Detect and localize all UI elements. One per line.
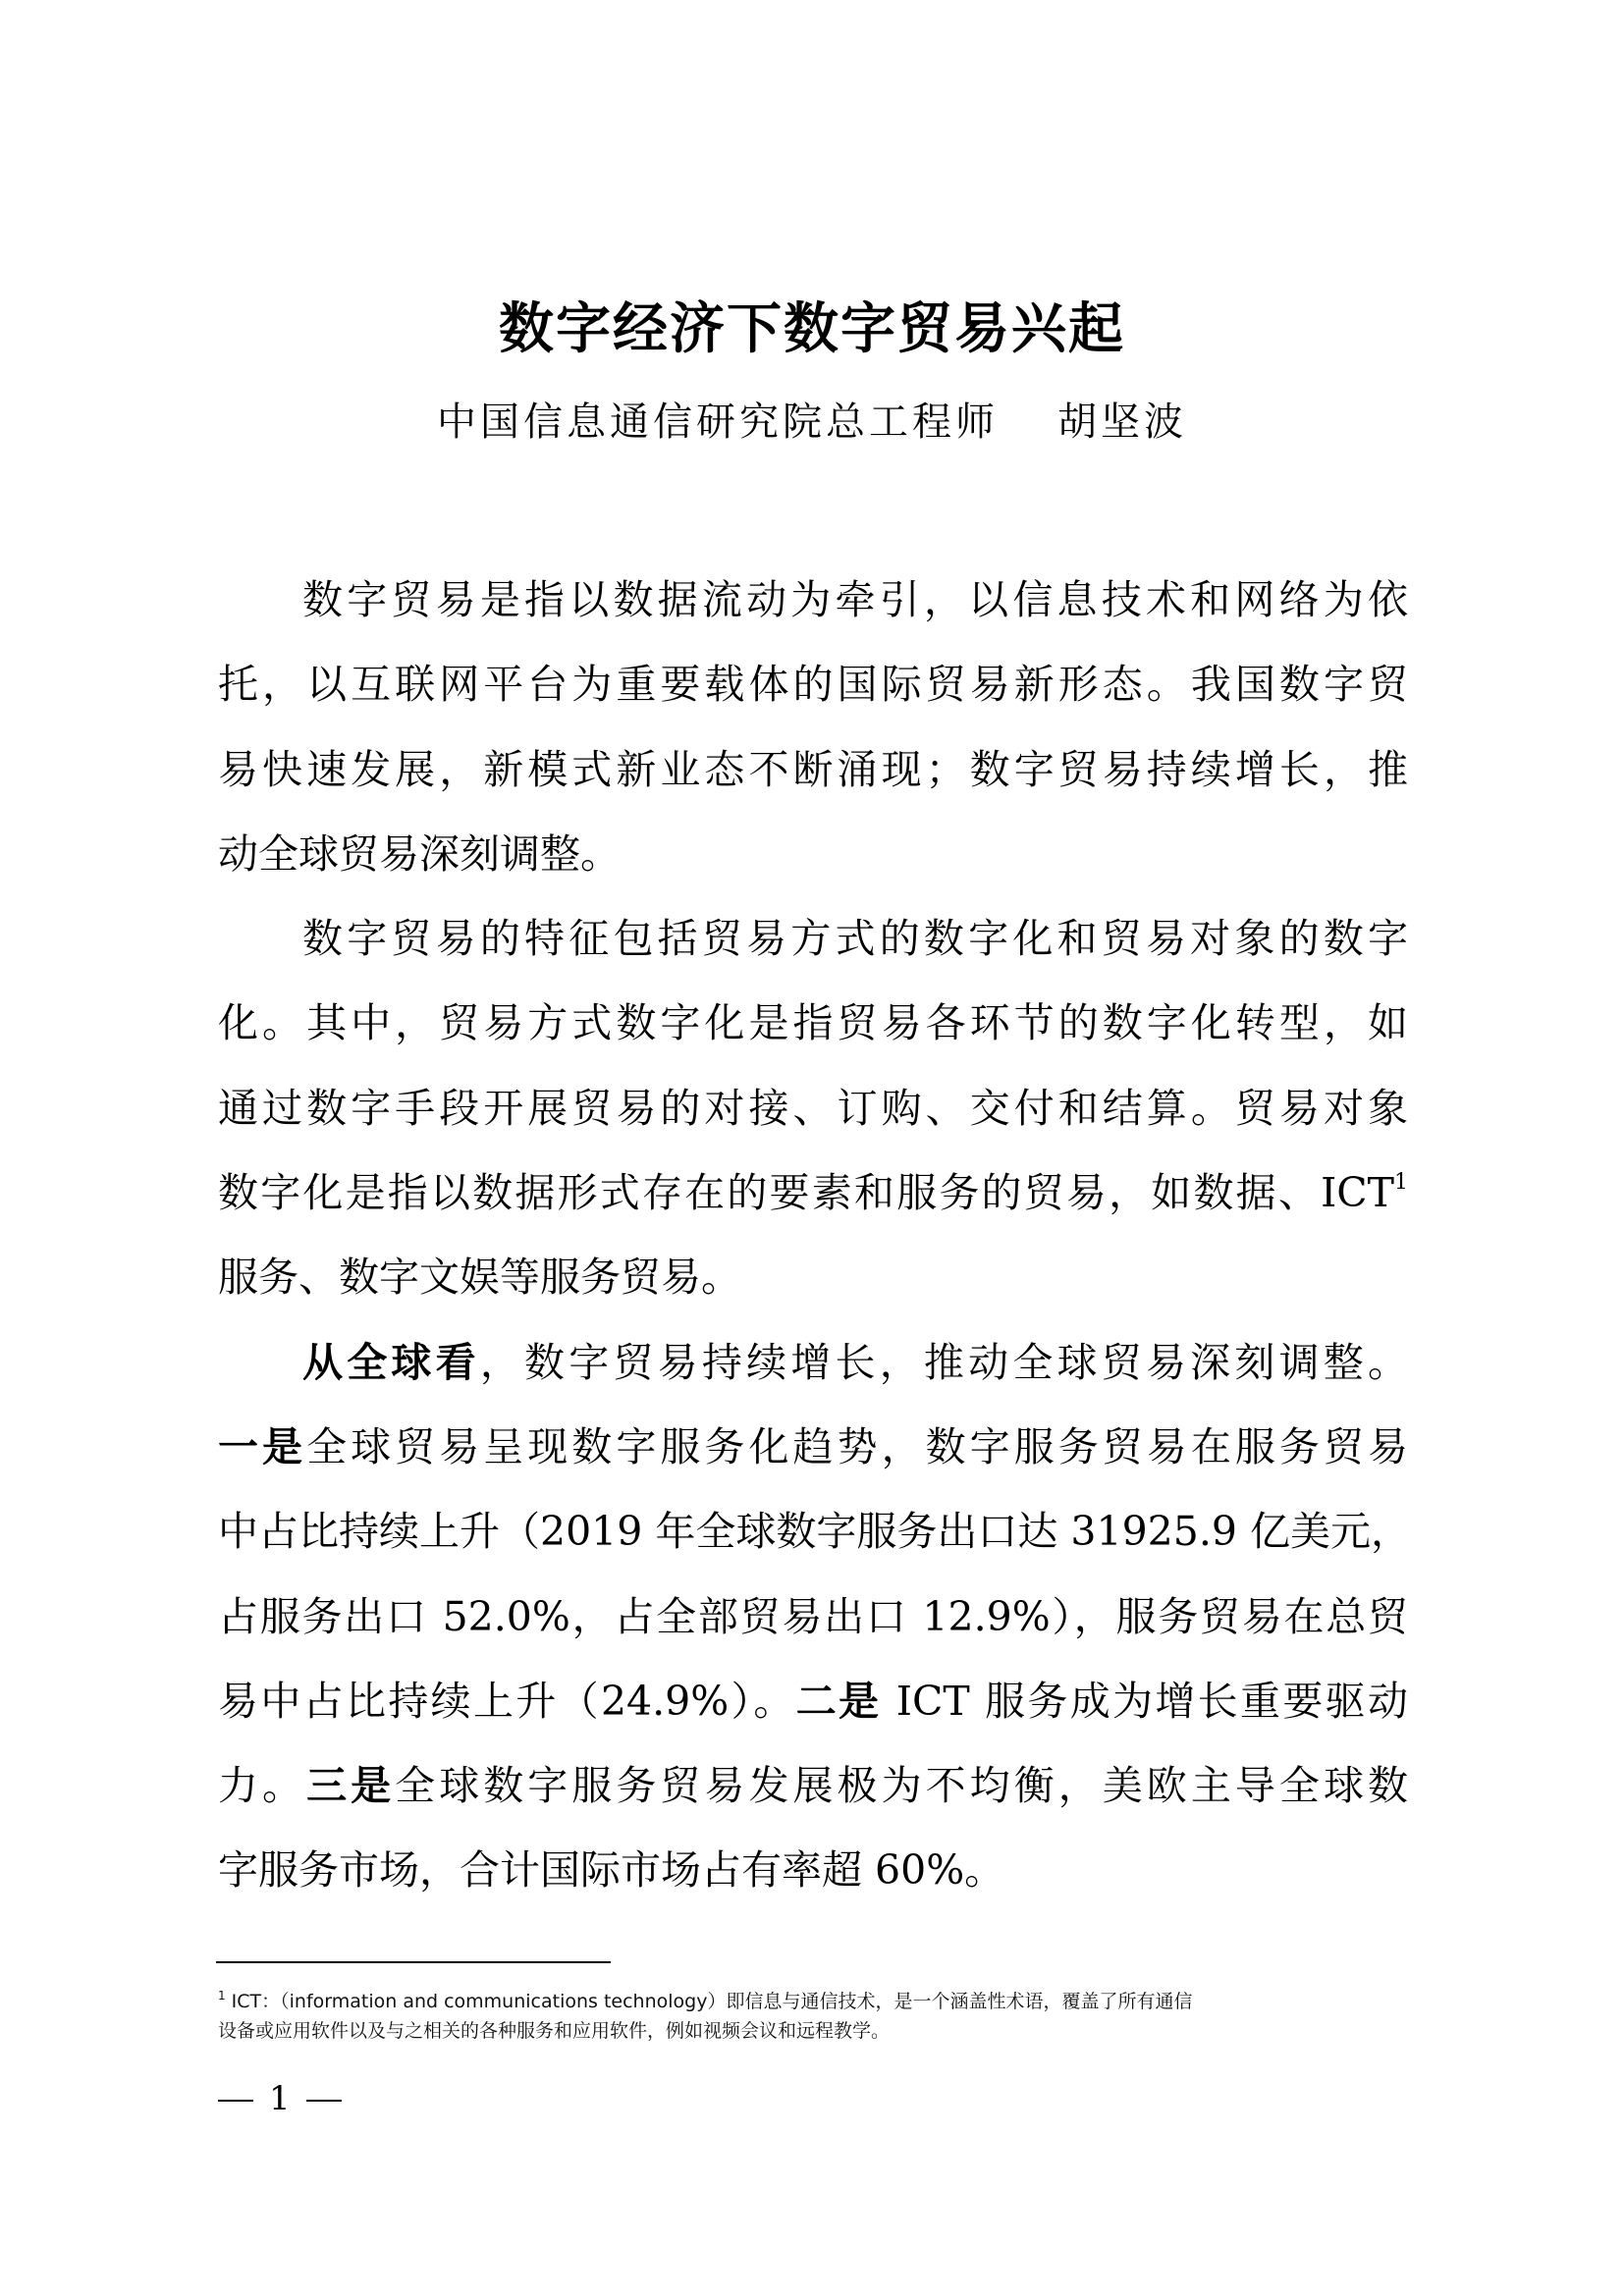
page-number: 1 bbox=[218, 2079, 342, 2118]
bold-lead: 三是 bbox=[306, 1762, 395, 1809]
text-line: 化。其中，贸易方式数字化是指贸易各环节的数字化转型，如 bbox=[218, 981, 1408, 1065]
dash-left bbox=[218, 2100, 253, 2102]
text-run: ，数字贸易持续增长，推动全球贸易深刻调整。 bbox=[480, 1339, 1408, 1386]
text-line: 字服务市场，合计国际市场占有率超 60%。 bbox=[218, 1828, 1408, 1912]
text-line: 一是全球贸易呈现数字服务化趋势，数字服务贸易在服务贸易 bbox=[218, 1405, 1408, 1489]
document-body: 数字贸易是指以数据流动为牵引，以信息技术和网络为依 托，以互联网平台为重要载体的… bbox=[218, 558, 1408, 1913]
text-line: 托，以互联网平台为重要载体的国际贸易新形态。我国数字贸 bbox=[218, 642, 1408, 726]
text-run: 全球贸易呈现数字服务化趋势，数字服务贸易在服务贸易 bbox=[306, 1423, 1408, 1470]
dash-right bbox=[306, 2100, 342, 2102]
text-line: 易中占比持续上升（24.9%）。二是 ICT 服务成为增长重要驱动 bbox=[218, 1659, 1408, 1743]
document-title: 数字经济下数字贸易兴起 bbox=[0, 294, 1624, 363]
bold-lead: 从全球看 bbox=[302, 1339, 480, 1386]
text-line: 中占比持续上升（2019 年全球数字服务出口达 31925.9 亿美元， bbox=[218, 1489, 1408, 1574]
text-run: 数字化是指以数据形式存在的要素和服务的贸易，如数据、ICT bbox=[218, 1169, 1394, 1216]
footnote-separator bbox=[216, 1961, 611, 1963]
paragraph-2: 数字贸易的特征包括贸易方式的数字化和贸易对象的数字 化。其中，贸易方式数字化是指… bbox=[218, 896, 1408, 1319]
text-line: 数字化是指以数据形式存在的要素和服务的贸易，如数据、ICT1 bbox=[218, 1150, 1408, 1235]
paragraph-1: 数字贸易是指以数据流动为牵引，以信息技术和网络为依 托，以互联网平台为重要载体的… bbox=[218, 558, 1408, 896]
text-line: 通过数字手段开展贸易的对接、订购、交付和结算。贸易对象 bbox=[218, 1066, 1408, 1150]
footnote-marker: 1 bbox=[218, 1989, 226, 2002]
page-number-value: 1 bbox=[253, 2079, 306, 2118]
byline: 中国信息通信研究院总工程师胡坚波 bbox=[0, 393, 1624, 452]
footnote-text: ICT：（information and communications tech… bbox=[232, 1991, 1193, 2012]
text-line: 数字贸易是指以数据流动为牵引，以信息技术和网络为依 bbox=[218, 558, 1408, 642]
text-run: 易中占比持续上升（24.9%）。 bbox=[218, 1678, 796, 1725]
paragraph-3: 从全球看，数字贸易持续增长，推动全球贸易深刻调整。 一是全球贸易呈现数字服务化趋… bbox=[218, 1320, 1408, 1913]
text-run: 全球数字服务贸易发展极为不均衡，美欧主导全球数 bbox=[395, 1762, 1408, 1809]
text-run: 力。 bbox=[218, 1762, 306, 1809]
text-line: 占服务出口 52.0%，占全部贸易出口 12.9%），服务贸易在总贸 bbox=[218, 1575, 1408, 1659]
footnote-line: 设备或应用软件以及与之相关的各种服务和应用软件，例如视频会议和远程教学。 bbox=[218, 2016, 1408, 2046]
text-line: 力。三是全球数字服务贸易发展极为不均衡，美欧主导全球数 bbox=[218, 1743, 1408, 1828]
footnote: 1ICT：（information and communications tec… bbox=[218, 1987, 1408, 2046]
document-page: 数字经济下数字贸易兴起 中国信息通信研究院总工程师胡坚波 数字贸易是指以数据流动… bbox=[0, 0, 1624, 2296]
text-line: 数字贸易的特征包括贸易方式的数字化和贸易对象的数字 bbox=[218, 896, 1408, 981]
text-line: 从全球看，数字贸易持续增长，推动全球贸易深刻调整。 bbox=[218, 1320, 1408, 1405]
bold-lead: 一是 bbox=[218, 1423, 306, 1470]
bold-lead: 二是 bbox=[796, 1678, 882, 1725]
text-line: 易快速发展，新模式新业态不断涌现；数字贸易持续增长，推 bbox=[218, 727, 1408, 812]
text-line: 服务、数字文娱等服务贸易。 bbox=[218, 1235, 1408, 1319]
author-affiliation: 中国信息通信研究院总工程师 bbox=[437, 400, 999, 445]
footnote-ref[interactable]: 1 bbox=[1394, 1170, 1408, 1195]
author-name: 胡坚波 bbox=[1057, 400, 1187, 445]
footnote-line: 1ICT：（information and communications tec… bbox=[218, 1987, 1408, 2016]
text-line: 动全球贸易深刻调整。 bbox=[218, 812, 1408, 896]
text-run: ICT 服务成为增长重要驱动 bbox=[881, 1678, 1408, 1725]
